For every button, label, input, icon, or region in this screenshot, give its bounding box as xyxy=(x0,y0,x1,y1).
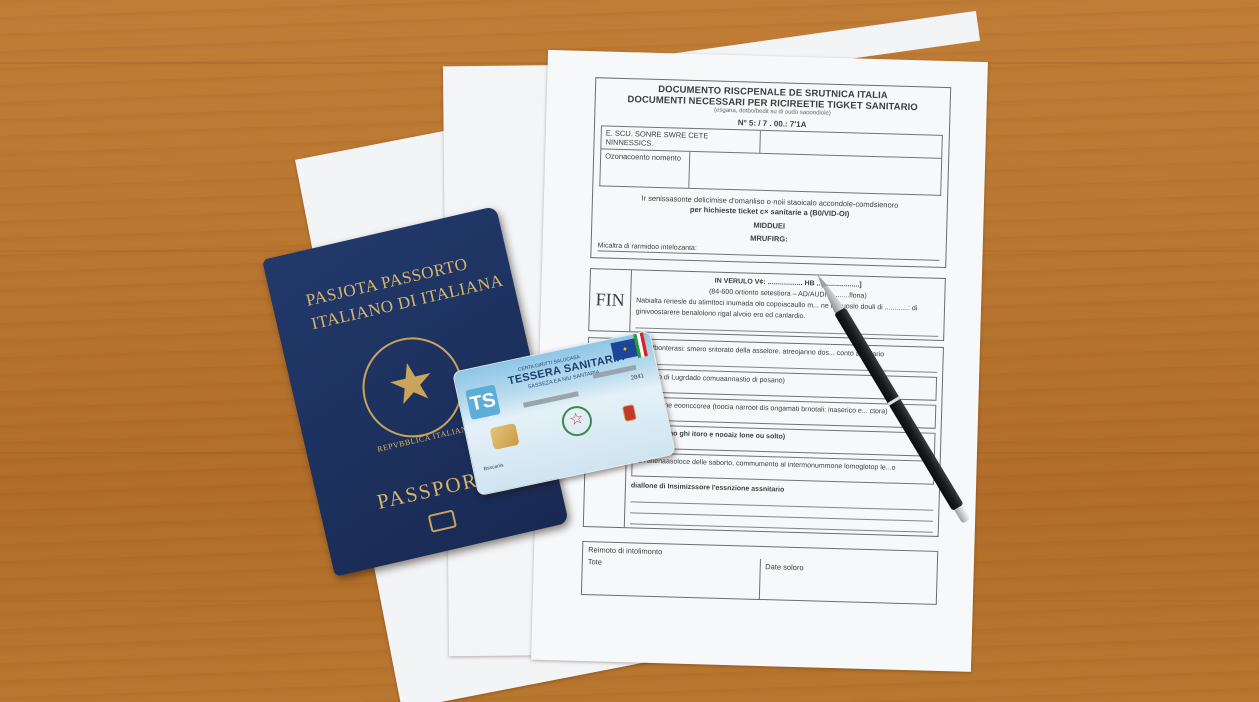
pen-tip xyxy=(815,273,827,288)
bottom-right-field[interactable]: Date soloro xyxy=(759,559,937,604)
ts-logo-icon: TS xyxy=(465,384,501,420)
section-fin-body: IN VERULO V¢: .................. HB ....… xyxy=(630,270,945,340)
bottom-row: Tote Date soloro xyxy=(582,554,937,604)
pen-ring xyxy=(888,396,901,405)
star-icon: ★ xyxy=(358,343,465,423)
rl-field-5[interactable]: la l'atienaasoloce delle saborto, commum… xyxy=(631,452,935,484)
row2-field[interactable] xyxy=(689,152,941,195)
biometric-chip-icon xyxy=(428,509,457,532)
passport-title: PASJOTA PASSORTO ITALIANO DI ITALIANA xyxy=(304,245,506,336)
crest-icon xyxy=(622,404,637,422)
row1-label: E. SCU. SONRE SWRE CETE NINNESSICS. xyxy=(601,126,761,152)
section-fin-tag: FIN xyxy=(589,269,632,331)
section-fin: FIN IN VERULO V¢: .................. HB … xyxy=(588,268,946,341)
bottom-box: Reimoto di intolimonto Tote Date soloro xyxy=(581,541,938,605)
card-code: 2841 xyxy=(630,373,644,382)
republic-emblem-icon: ☆ xyxy=(559,403,595,439)
form-header-box: DOCUMENTO RISCPENALE DE SRUTNICA ITALIA … xyxy=(590,77,951,268)
bottom-right-label: Date soloro xyxy=(765,562,804,572)
card-label: Bsscanis xyxy=(483,462,504,472)
row2-label: Ozonacoento nomento xyxy=(600,149,690,187)
bottom-left-field[interactable]: Tote xyxy=(582,554,761,599)
smart-chip-icon xyxy=(490,423,520,450)
rl-field-4[interactable]: lo alrerm no ghi itoro e nooaiz lone ou … xyxy=(632,424,936,456)
bottom-left-label: Tote xyxy=(588,557,602,566)
card-redacted-field xyxy=(523,391,579,408)
